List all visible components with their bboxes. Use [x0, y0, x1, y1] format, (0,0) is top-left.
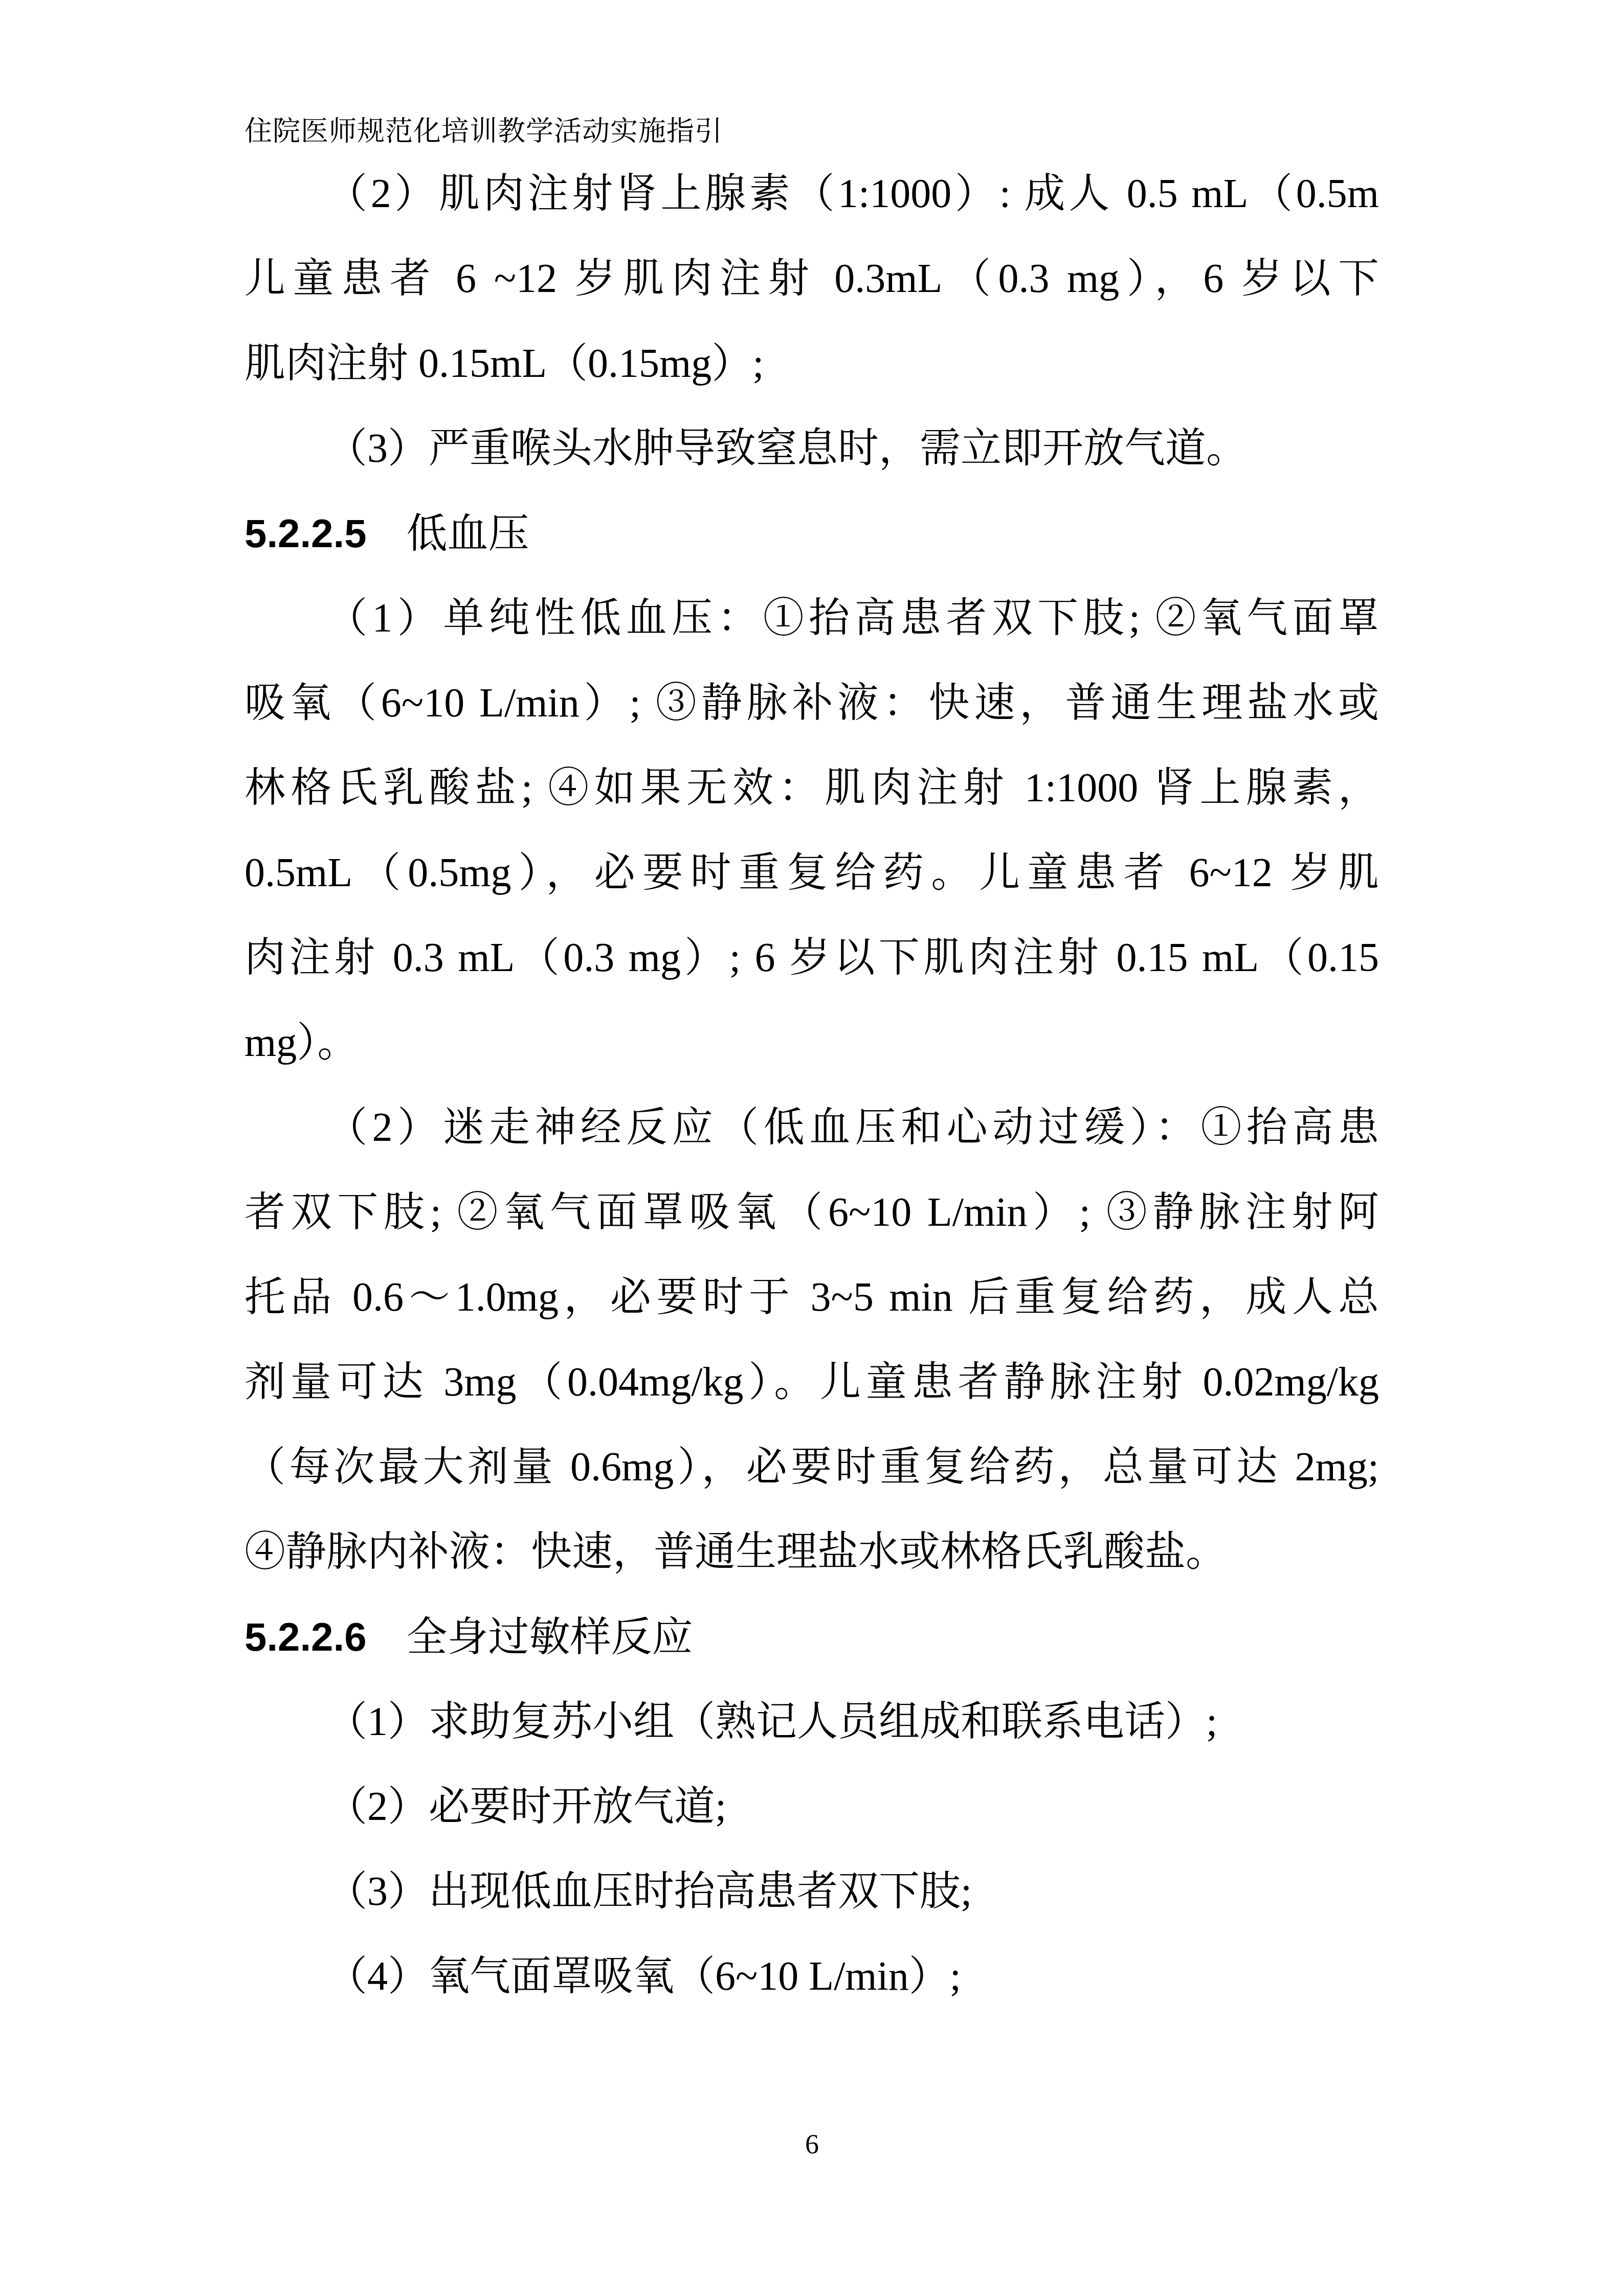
body-line: （3）出现低血压时抬高患者双下肢;	[244, 1849, 1379, 1934]
heading-title: 全身过敏样反应	[407, 1615, 693, 1660]
page-number: 6	[0, 2127, 1624, 2161]
body-line: 托品 0.6～1.0mg，必要时于 3~5 min 后重复给药，成人总	[244, 1255, 1379, 1340]
body-line: ④静脉内补液：快速，普通生理盐水或林格氏乳酸盐。	[244, 1510, 1379, 1594]
document-page: 住院医师规范化培训教学活动实施指引 （2）肌肉注射肾上腺素（1:1000）: 成…	[0, 0, 1624, 2296]
body-line: （4）氧气面罩吸氧（6~10 L/min）;	[244, 1934, 1379, 2019]
body-line: 剂量可达 3mg（0.04mg/kg）。儿童患者静脉注射 0.02mg/kg	[244, 1340, 1379, 1425]
body-line: （2）必要时开放气道;	[244, 1764, 1379, 1849]
body-line: 肌肉注射 0.15mL（0.15mg）;	[244, 321, 1379, 406]
heading-number: 5.2.2.5	[244, 511, 367, 556]
heading-title: 低血压	[407, 511, 529, 556]
heading-number: 5.2.2.6	[244, 1614, 367, 1659]
body-line: 者双下肢; ②氧气面罩吸氧（6~10 L/min）; ③静脉注射阿	[244, 1170, 1379, 1255]
body-line: mg）。	[244, 1000, 1379, 1085]
body-text: （2）肌肉注射肾上腺素（1:1000）: 成人 0.5 mL（0.5mg）; 儿…	[244, 151, 1379, 2019]
body-line: （每次最大剂量 0.6mg），必要时重复给药，总量可达 2mg;	[244, 1425, 1379, 1510]
body-line: （1）求助复苏小组（熟记人员组成和联系电话）;	[244, 1679, 1379, 1764]
body-line: （3）严重喉头水肿导致窒息时，需立即开放气道。	[244, 406, 1379, 491]
body-line: 林格氏乳酸盐; ④如果无效：肌肉注射 1:1000 肾上腺素，	[244, 746, 1379, 830]
body-line: 肉注射 0.3 mL（0.3 mg）; 6 岁以下肌肉注射 0.15 mL（0.…	[244, 915, 1379, 1000]
section-heading-5-2-2-6: 5.2.2.6全身过敏样反应	[244, 1594, 1379, 1679]
body-line: （2）迷走神经反应（低血压和心动过缓）：①抬高患	[244, 1085, 1379, 1170]
body-line: 吸氧（6~10 L/min）; ③静脉补液：快速，普通生理盐水或	[244, 661, 1379, 746]
running-header: 住院医师规范化培训教学活动实施指引	[244, 115, 723, 148]
body-line: 儿童患者 6 ~12 岁肌肉注射 0.3mL（0.3 mg），6 岁以下	[244, 236, 1379, 321]
section-heading-5-2-2-5: 5.2.2.5低血压	[244, 491, 1379, 576]
body-line: （2）肌肉注射肾上腺素（1:1000）: 成人 0.5 mL（0.5mg）;	[244, 151, 1379, 236]
body-line: （1）单纯性低血压：①抬高患者双下肢; ②氧气面罩	[244, 576, 1379, 661]
body-line: 0.5mL（0.5mg），必要时重复给药。儿童患者 6~12 岁肌	[244, 830, 1379, 915]
